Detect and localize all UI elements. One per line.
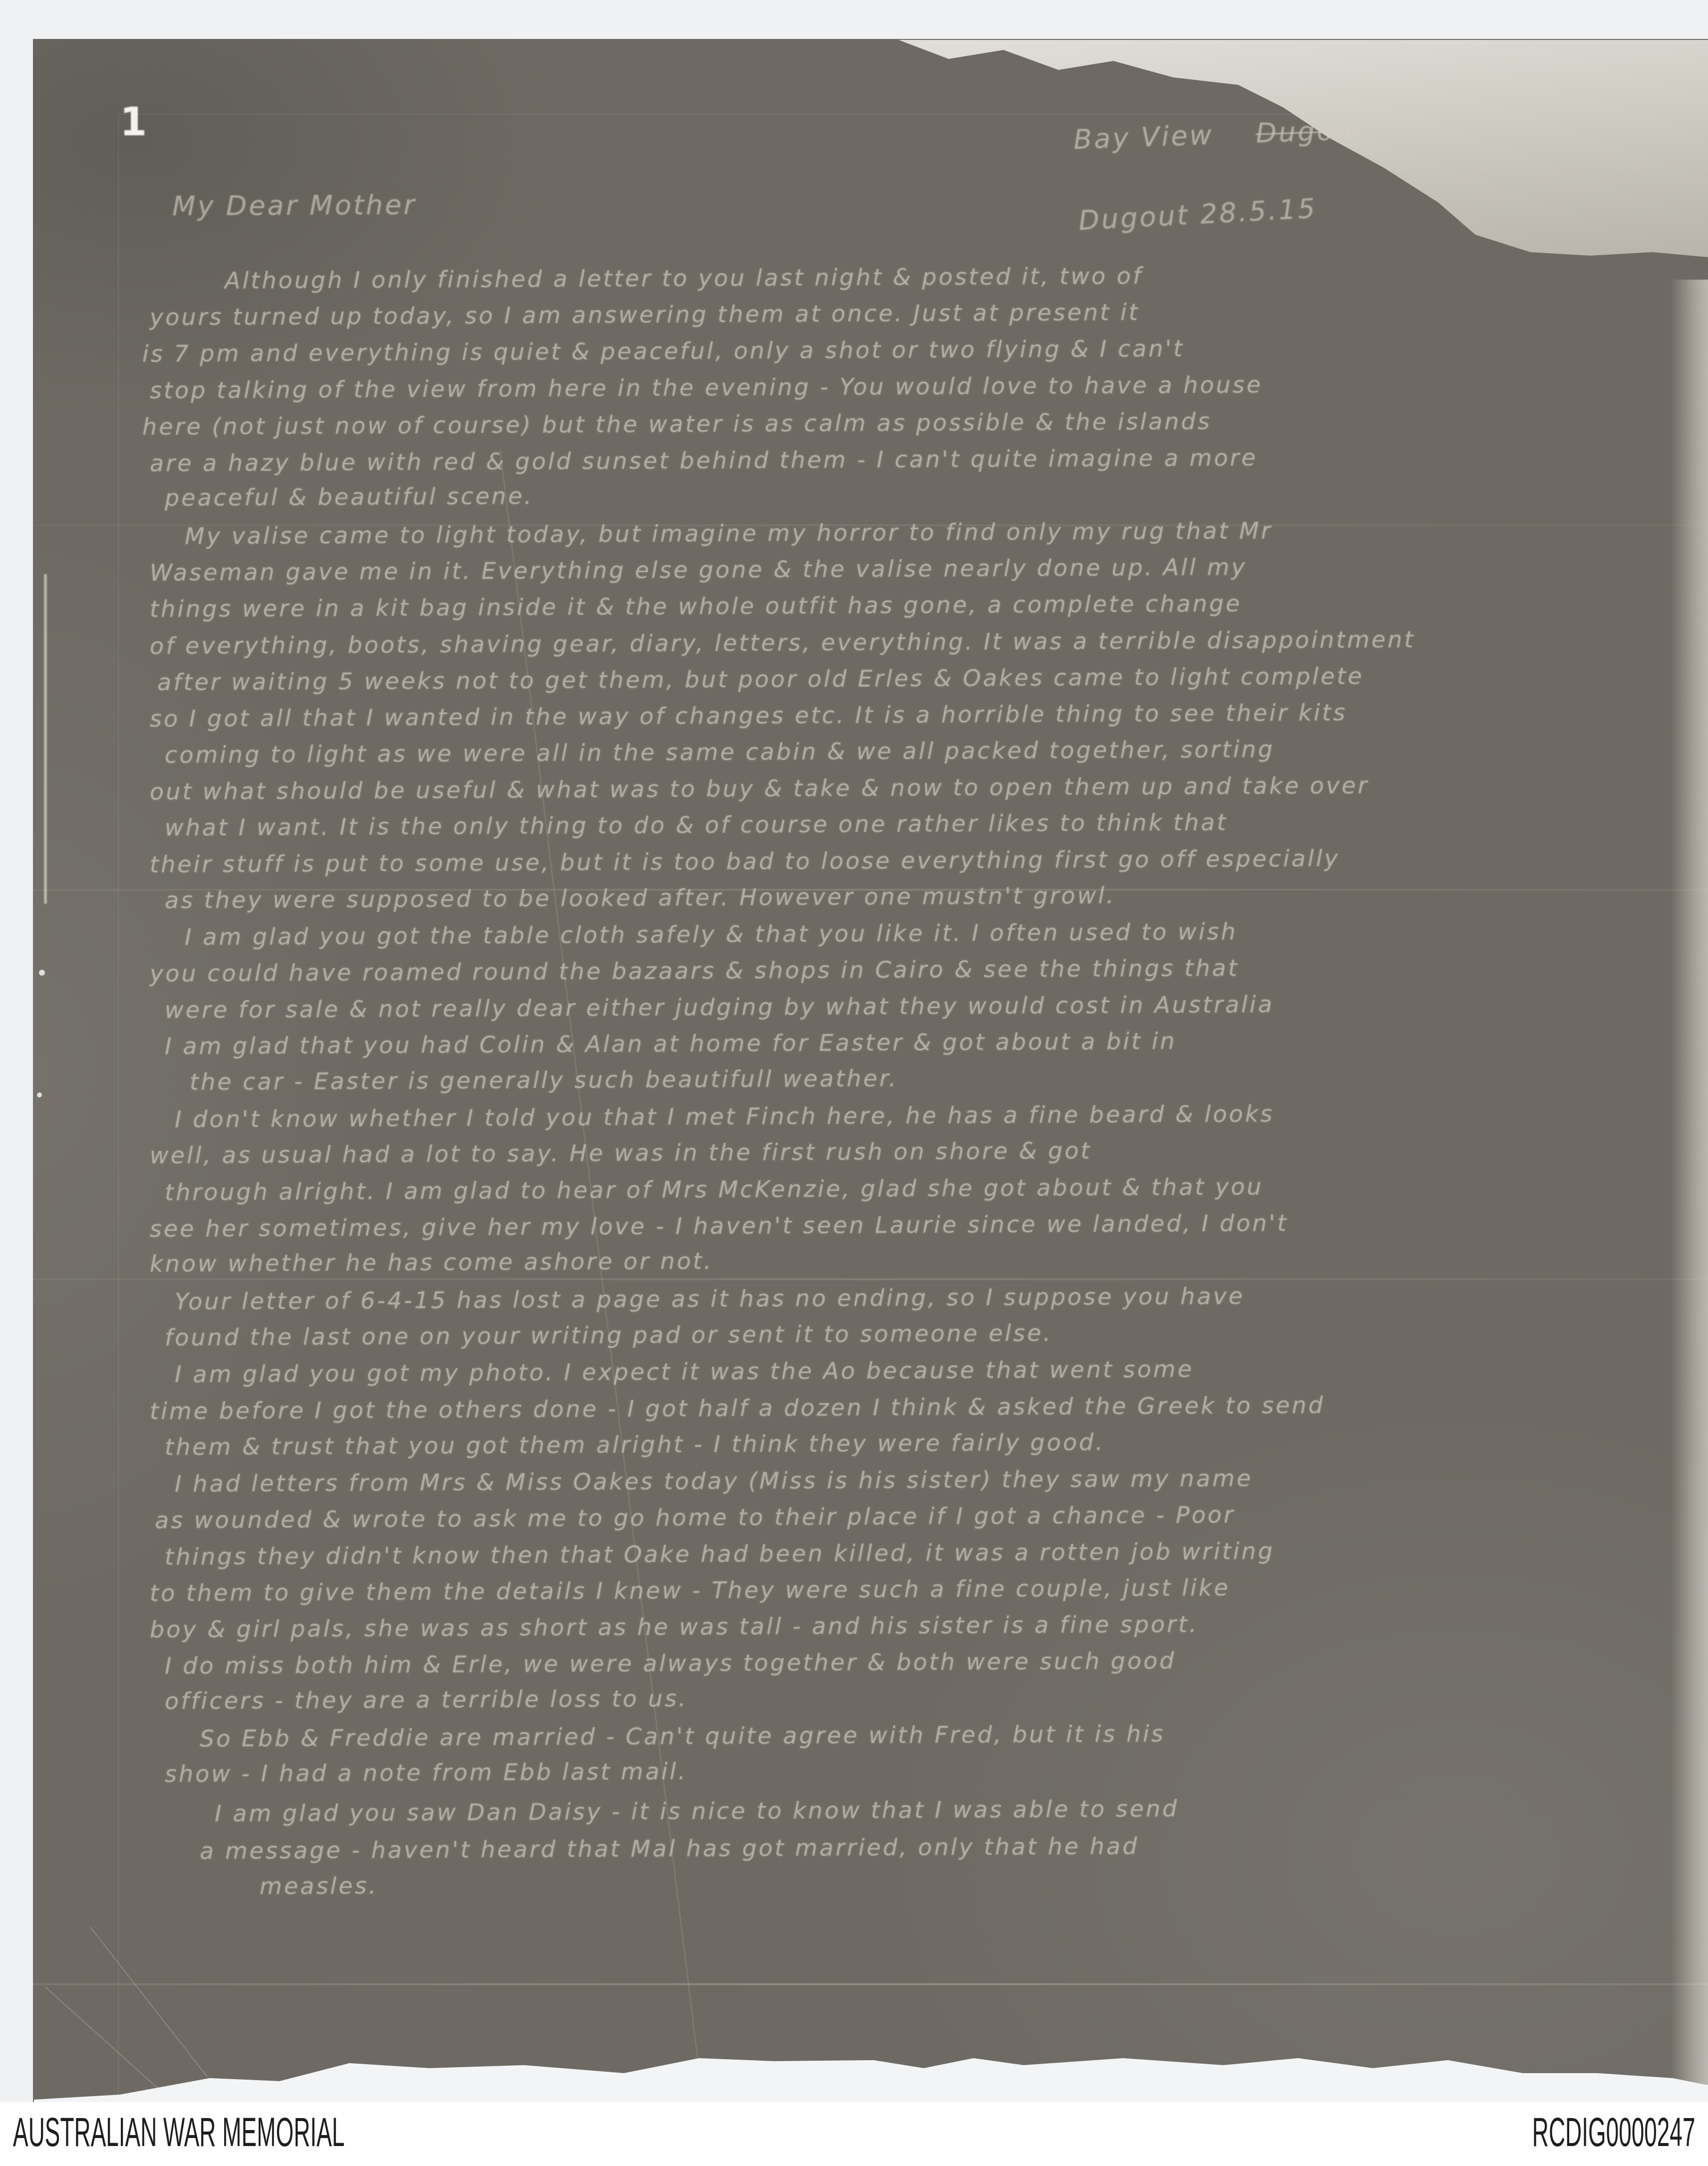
handwriting-line: through alright. I am glad to hear of Mr… (165, 1173, 1264, 1206)
handwriting-line: what I want. It is the only thing to do … (165, 808, 1228, 841)
page-marker-ink-blot: 1 (120, 100, 147, 145)
handwriting-line: as they were supposed to be looked after… (165, 882, 1116, 914)
handwriting-line: know whether he has come ashore or not. (150, 1247, 713, 1277)
handwriting-line: peaceful & beautiful scene. (165, 482, 534, 511)
handwriting-line: to them to give them the details I knew … (150, 1574, 1230, 1606)
handwriting-line: So Ebb & Freddie are married - Can't qui… (200, 1720, 1165, 1752)
letter-place: Bay View (1073, 119, 1214, 155)
handwriting-line: them & trust that you got them alright -… (165, 1429, 1105, 1460)
footer-institution-label: AUSTRALIAN WAR MEMORIAL (13, 2109, 344, 2156)
handwriting-line: I am glad you saw Dan Daisy - it is nice… (215, 1795, 1179, 1827)
left-edge-streak (44, 574, 47, 904)
speck-1 (39, 970, 45, 976)
handwriting-line: I do miss both him & Erle, we were alway… (165, 1647, 1176, 1680)
fold-crease-4 (33, 1983, 1708, 1985)
handwriting-line: a message - haven't heard that Mal has g… (200, 1832, 1139, 1864)
handwriting-line: My valise came to light today, but imagi… (185, 517, 1273, 549)
footer-bar: AUSTRALIAN WAR MEMORIAL RCDIG0000247 (0, 2102, 1708, 2166)
handwriting-line: here (not just now of course) but the wa… (142, 407, 1212, 440)
handwriting-line: as wounded & wrote to ask me to go home … (155, 1501, 1235, 1533)
handwriting-line: is 7 pm and everything is quiet & peacef… (142, 335, 1185, 367)
handwriting-line: boy & girl pals, she was as short as he … (150, 1611, 1199, 1643)
handwriting-line: you could have roamed round the bazaars … (150, 954, 1239, 987)
handwriting-line: I don't know whether I told you that I m… (175, 1100, 1274, 1133)
handwriting-line: officers - they are a terrible loss to u… (165, 1685, 688, 1714)
footer-record-id: RCDIG0000247 (1532, 2109, 1695, 2156)
handwriting-line: I am glad you got my photo. I expect it … (175, 1356, 1194, 1388)
handwriting-line: I am glad you got the table cloth safely… (185, 918, 1238, 950)
handwriting-line: Your letter of 6-4-15 has lost a page as… (175, 1282, 1245, 1315)
speck-2 (37, 1092, 42, 1097)
handwriting-line: I am glad that you had Colin & Alan at h… (165, 1028, 1177, 1060)
handwriting-line: I had letters from Mrs & Miss Oakes toda… (175, 1464, 1253, 1497)
handwriting-line: yours turned up today, so I am answering… (150, 299, 1140, 331)
handwriting-line: Waseman gave me in it. Everything else g… (150, 553, 1247, 586)
fold-crease-3 (33, 1278, 1708, 1280)
letter-struck-word: Dugout (1255, 114, 1367, 149)
handwriting-line: found the last one on your writing pad o… (165, 1319, 1052, 1351)
handwriting-line: things were in a kit bag inside it & the… (150, 590, 1242, 622)
handwriting-line: measles. (260, 1872, 378, 1899)
handwriting-line: show - I had a note from Ebb last mail. (165, 1758, 687, 1787)
letter-salutation: My Dear Mother (172, 189, 417, 222)
handwriting-line: the car - Easter is generally such beaut… (190, 1065, 898, 1095)
right-light-band (1671, 280, 1708, 2102)
handwriting-line: well, as usual had a lot to say. He was … (150, 1137, 1092, 1169)
handwriting-line: Although I only finished a letter to you… (225, 262, 1143, 294)
